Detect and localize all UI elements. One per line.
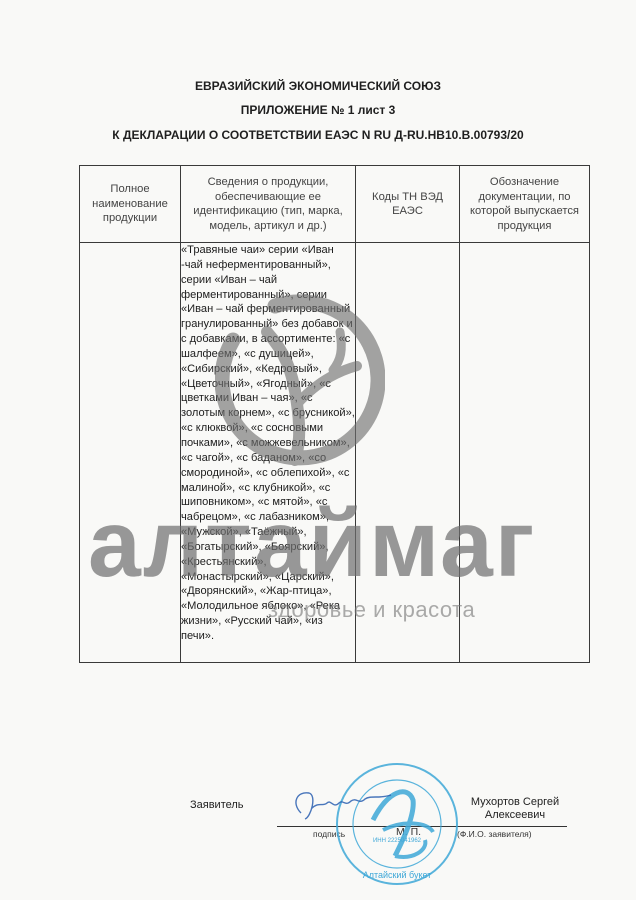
column-header-name: Полное наименование продукции	[80, 166, 181, 243]
column-header-documentation: Обозначение документации, по которой вып…	[460, 166, 590, 243]
column-header-identification: Сведения о продукции, обеспечивающие ее …	[181, 166, 356, 243]
signature-caption: подпись	[313, 829, 345, 839]
union-title: ЕВРАЗИЙСКИЙ ЭКОНОМИЧЕСКИЙ СОЮЗ	[0, 79, 636, 93]
applicant-label: Заявитель	[190, 799, 244, 811]
name-caption: (Ф.И.О. заявителя)	[457, 829, 532, 839]
table-header-row: Полное наименование продукции Сведения о…	[80, 166, 590, 243]
products-table: Полное наименование продукции Сведения о…	[79, 165, 590, 663]
cell-documentation	[460, 243, 590, 663]
cell-product-description: «Травяные чаи» серии «Иван -чай нефермен…	[181, 243, 356, 663]
cell-product-name	[80, 243, 181, 663]
table-row: «Травяные чаи» серии «Иван -чай нефермен…	[80, 243, 590, 663]
svg-text:ИНН 2225041962: ИНН 2225041962	[373, 838, 422, 844]
declaration-title: К ДЕКЛАРАЦИИ О СООТВЕТСТВИИ ЕАЭС N RU Д-…	[0, 128, 636, 142]
applicant-name-line1: Мухортов Сергей	[455, 796, 575, 809]
applicant-name: Мухортов Сергей Алексеевич	[455, 796, 575, 822]
cell-codes	[356, 243, 460, 663]
signature-line	[277, 826, 567, 827]
column-header-codes: Коды ТН ВЭД ЕАЭС	[356, 166, 460, 243]
svg-text:Алтайский букет: Алтайский букет	[363, 870, 432, 880]
company-seal-icon: ИНН 2225041962 Алтайский букет	[333, 760, 461, 888]
appendix-title: ПРИЛОЖЕНИЕ № 1 лист 3	[0, 103, 636, 117]
product-description-text: «Травяные чаи» серии «Иван -чай нефермен…	[181, 243, 355, 644]
handwritten-signature-icon	[287, 783, 397, 825]
seal-caption: М. П.	[396, 826, 421, 838]
applicant-name-line2: Алексеевич	[455, 809, 575, 822]
